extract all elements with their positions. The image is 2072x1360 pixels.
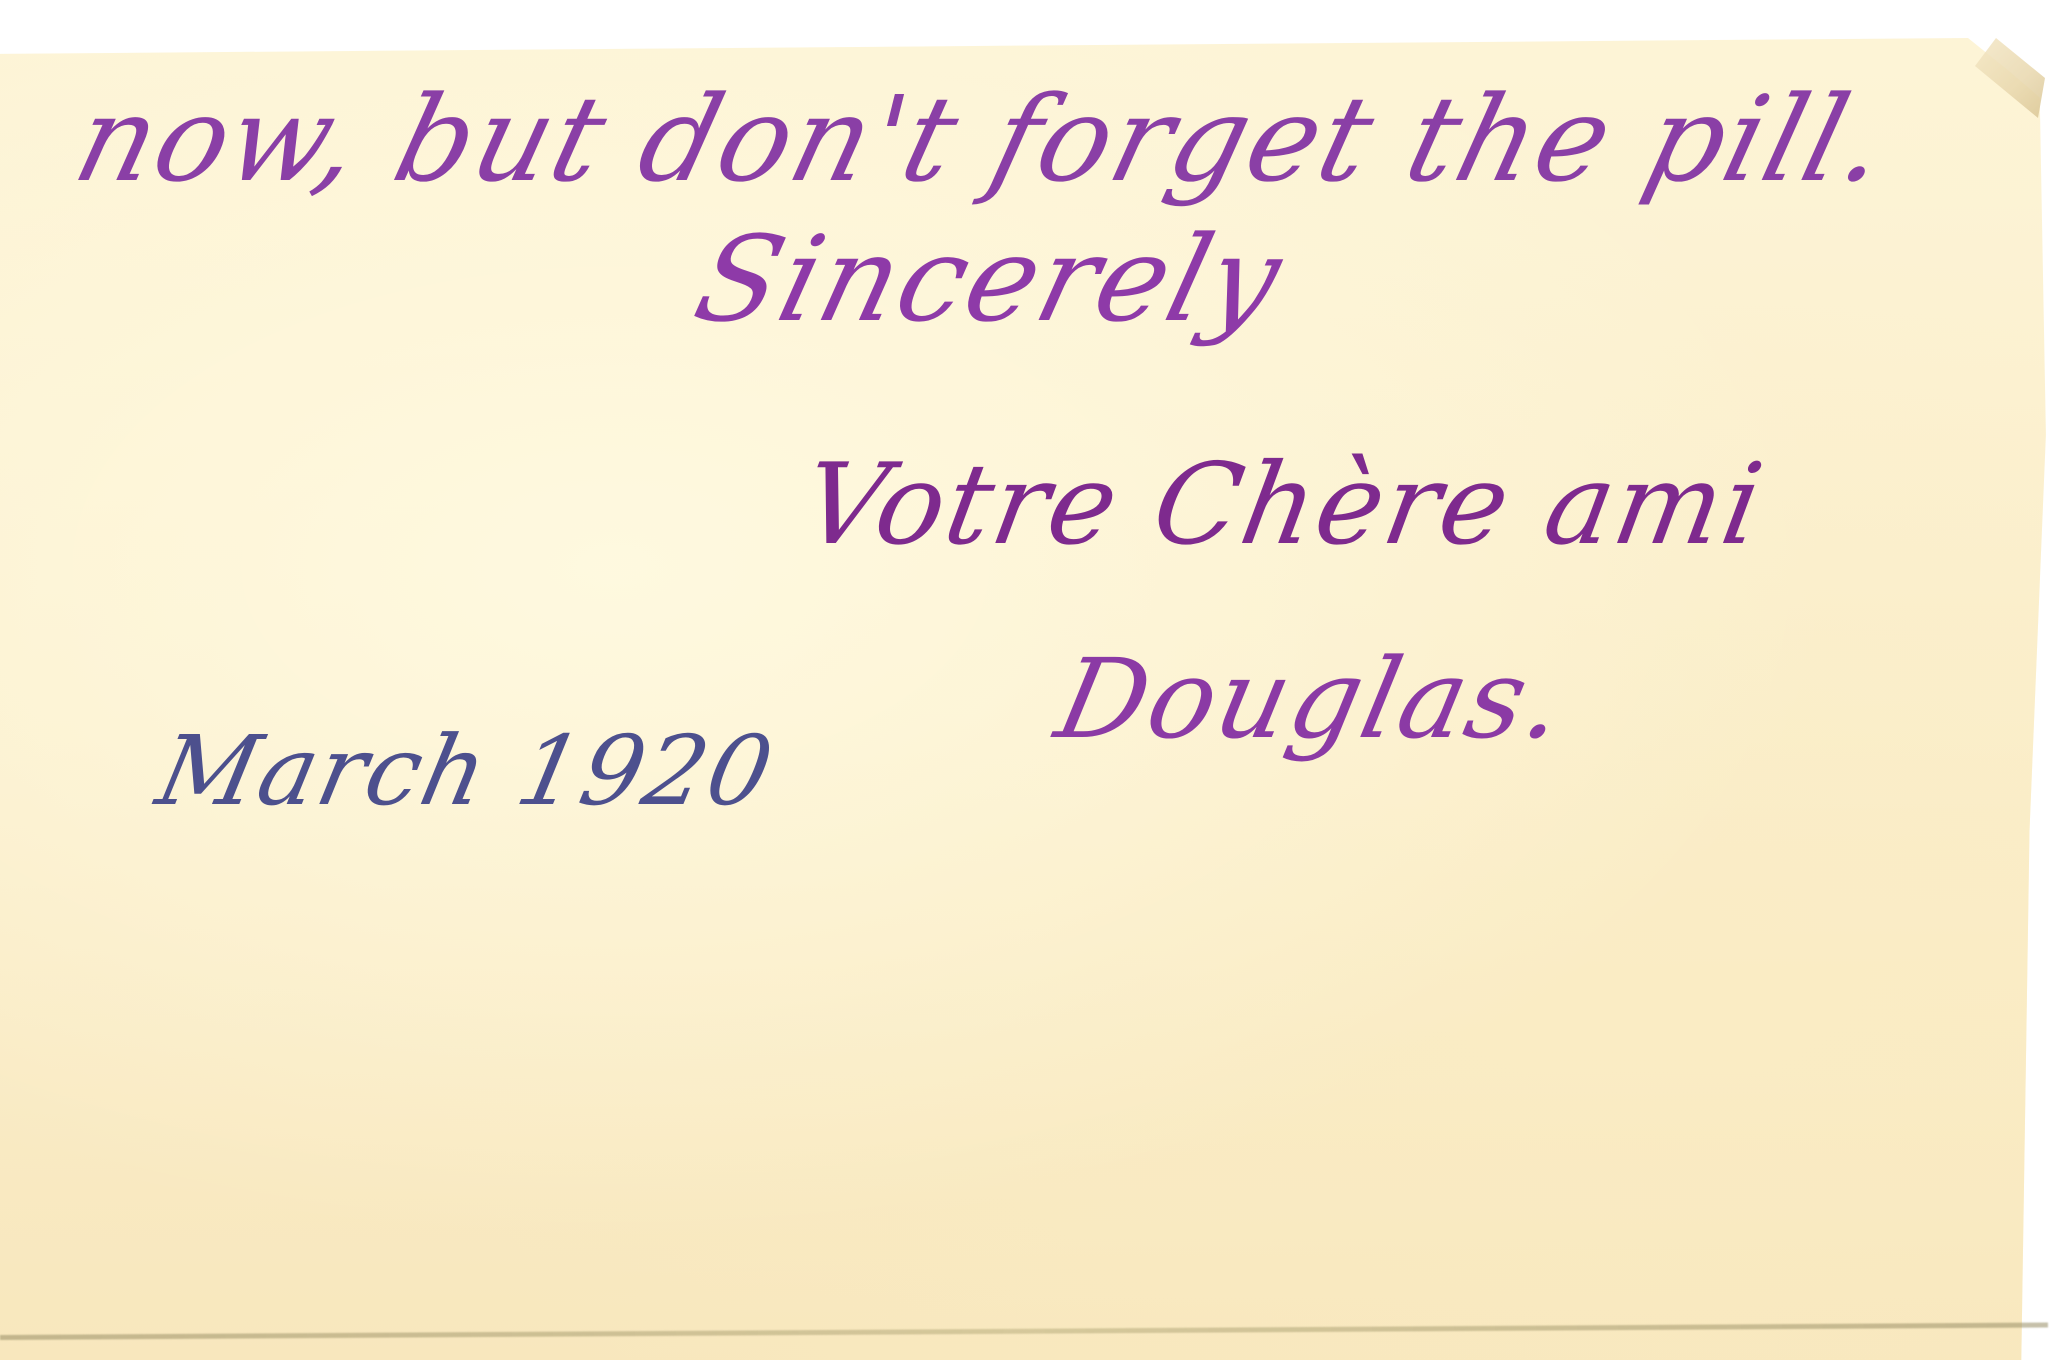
signature-text: Douglas. <box>1046 635 1577 763</box>
date-annotation: March 1920 <box>148 715 784 827</box>
french-closing-text: Votre Chère ami <box>794 440 1774 570</box>
scanned-letter: now, but don't forget the pill. Sincerel… <box>0 0 2072 1360</box>
sign-off-text: Sincerely <box>683 210 1297 348</box>
closing-line-text: now, but don't forget the pill. <box>63 70 1903 208</box>
